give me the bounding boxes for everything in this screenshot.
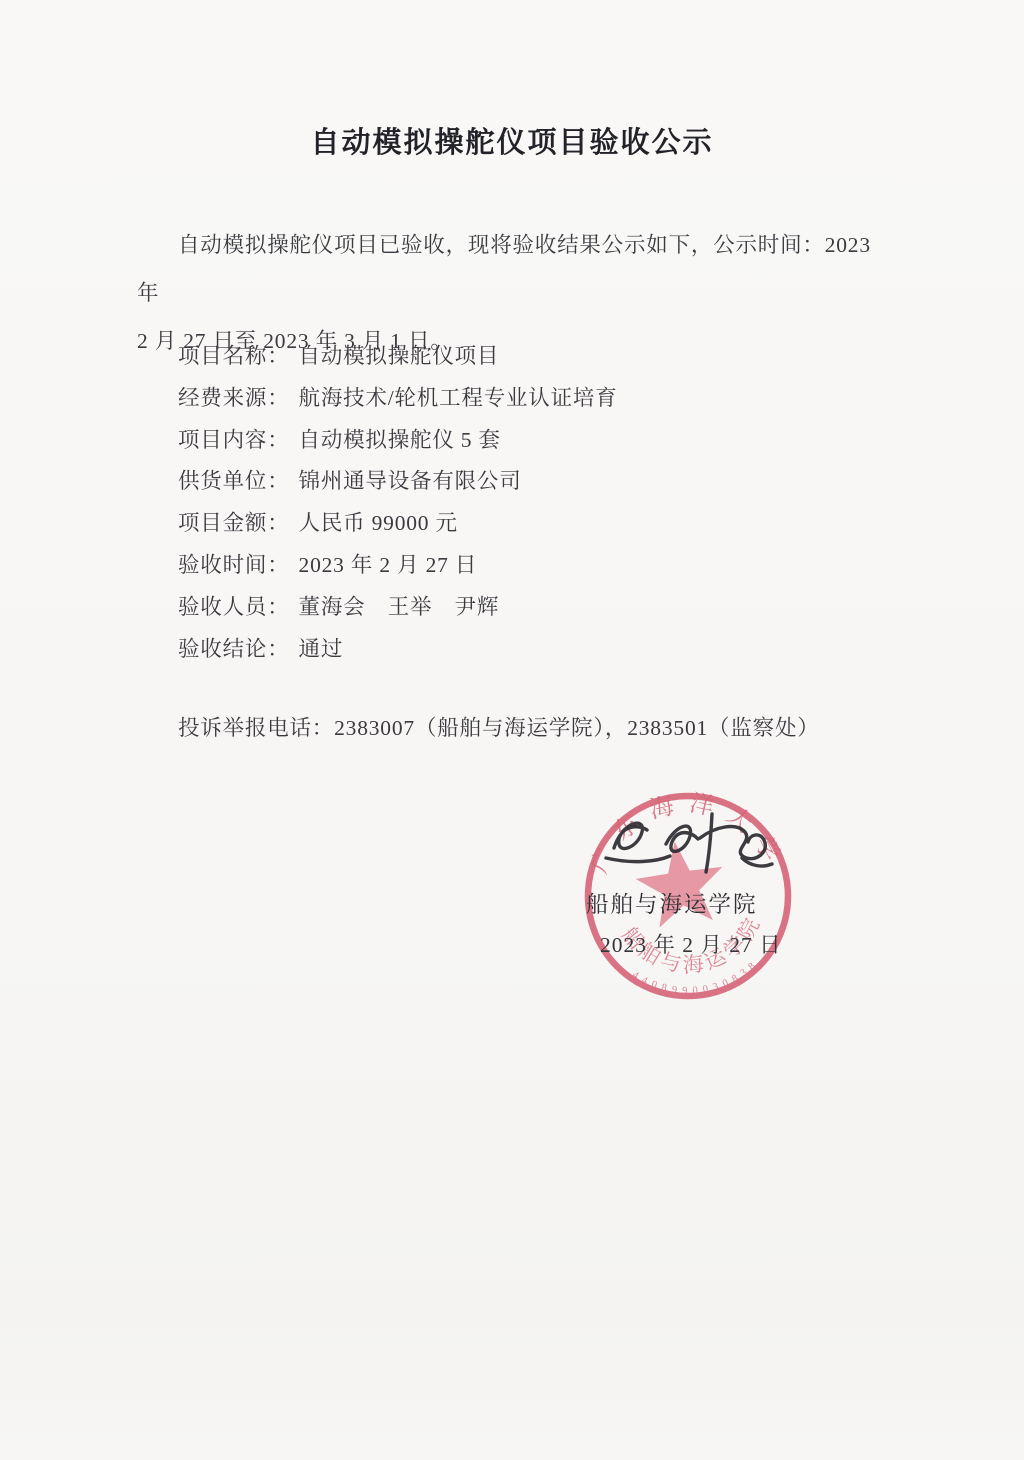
field-list: 项目名称：自动模拟操舵仪项目 经费来源：航海技术/轮机工程专业认证培育 项目内容…: [178, 336, 618, 670]
field-project-content: 项目内容：自动模拟操舵仪 5 套: [178, 420, 618, 462]
field-value: 董海会 王举 尹辉: [299, 595, 500, 619]
field-value: 自动模拟操舵仪 5 套: [299, 428, 501, 452]
field-value: 通过: [299, 637, 344, 661]
field-label: 项目内容：: [178, 428, 290, 452]
field-label: 项目名称：: [178, 344, 290, 368]
field-label: 供货单位：: [178, 469, 290, 493]
field-value: 航海技术/轮机工程专业认证培育: [299, 386, 618, 410]
field-value: 2023 年 2 月 27 日: [299, 553, 478, 577]
signoff-date: 2023 年 2 月 27 日: [600, 928, 782, 959]
complaint-hotline-line: 投诉举报电话：2383007（船舶与海运学院），2383501（监察处）: [178, 711, 820, 742]
field-supplier: 供货单位：锦州通导设备有限公司: [178, 461, 618, 503]
field-acceptance-conclusion: 验收结论：通过: [178, 629, 618, 671]
field-value: 自动模拟操舵仪项目: [299, 344, 500, 368]
field-value: 锦州通导设备有限公司: [299, 469, 522, 493]
scanned-document-page: 自动模拟操舵仪项目验收公示 自动模拟操舵仪项目已验收，现将验收结果公示如下，公示…: [0, 0, 1024, 1460]
field-label: 经费来源：: [178, 386, 290, 410]
field-label: 验收时间：: [178, 553, 290, 577]
field-label: 验收人员：: [178, 595, 290, 619]
field-label: 验收结论：: [178, 637, 290, 661]
field-amount: 项目金额：人民币 99000 元: [178, 503, 618, 545]
field-acceptance-staff: 验收人员：董海会 王举 尹辉: [178, 587, 618, 629]
field-acceptance-date: 验收时间：2023 年 2 月 27 日: [178, 545, 618, 587]
field-value: 人民币 99000 元: [299, 511, 458, 535]
intro-line-1: 自动模拟操舵仪项目已验收，现将验收结果公示如下，公示时间：2023 年: [137, 221, 899, 317]
field-label: 项目金额：: [178, 511, 290, 535]
field-project-name: 项目名称：自动模拟操舵仪项目: [178, 336, 618, 378]
handwritten-signature-icon: [592, 806, 780, 894]
field-funding-source: 经费来源：航海技术/轮机工程专业认证培育: [178, 378, 618, 420]
document-title: 自动模拟操舵仪项目验收公示: [0, 120, 1024, 161]
